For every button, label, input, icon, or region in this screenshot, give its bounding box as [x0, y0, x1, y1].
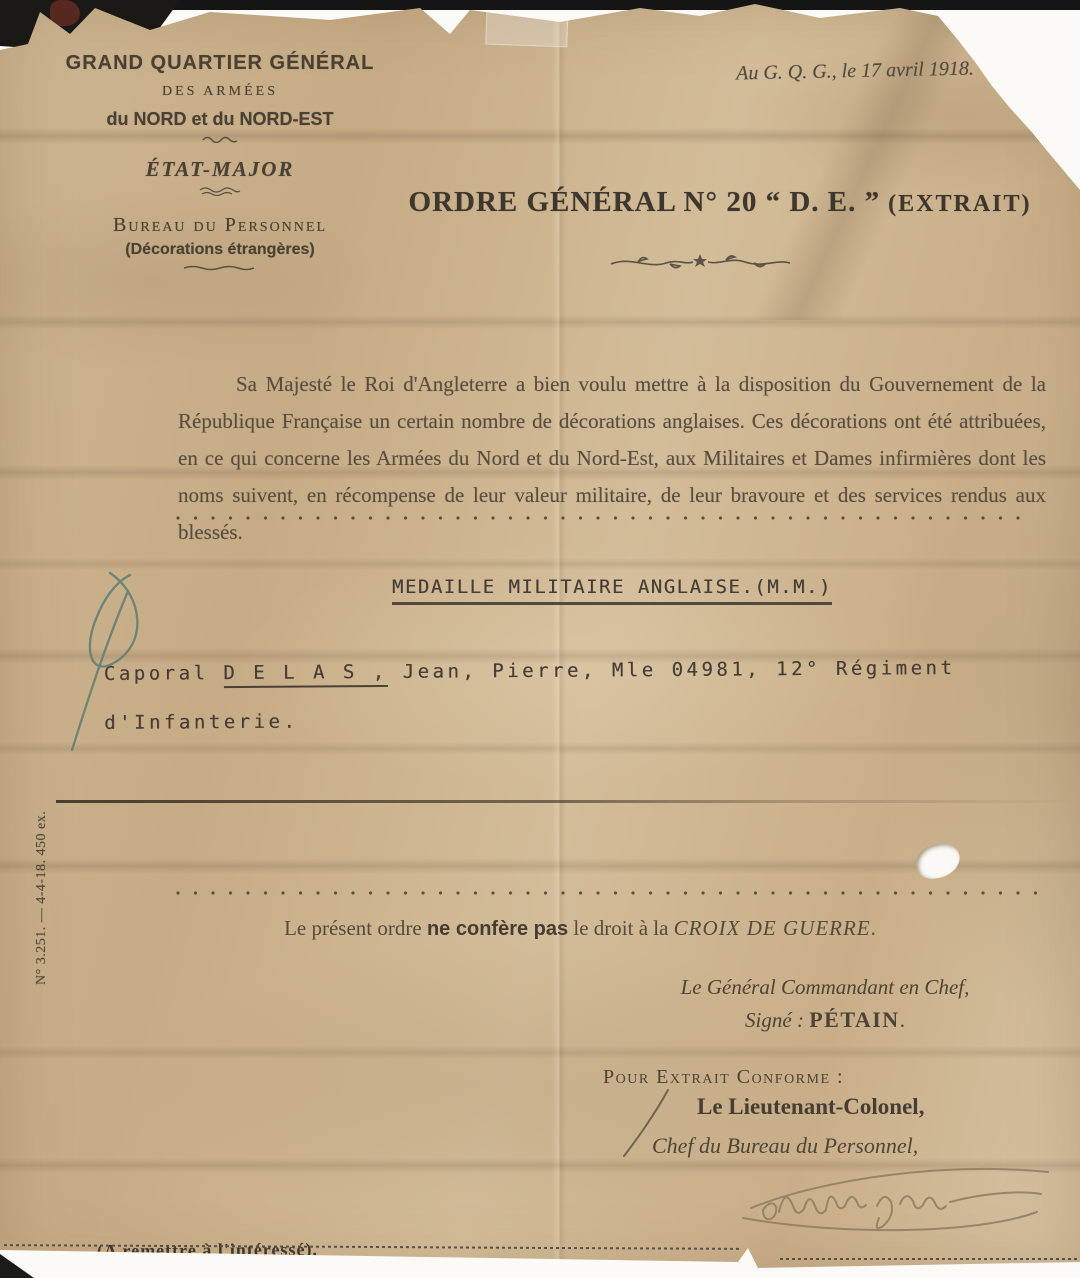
divider-squiggle-icon: [201, 135, 239, 143]
medal-heading: MEDAILLE MILITAIRE ANGLAISE.(M.M.): [392, 576, 832, 605]
signed-end: .: [900, 1008, 905, 1032]
order-note-mid: le droit à la: [568, 916, 674, 940]
vine-ornament-icon: [608, 248, 793, 276]
signatory-signed-line: Signé : PÉTAIN.: [630, 1007, 1020, 1033]
certifier-rank: Le Lieutenant-Colonel,: [697, 1094, 924, 1120]
recipient-name: D E L A S ,: [223, 661, 388, 688]
letterhead-armies: DES ARMÉES: [52, 84, 388, 100]
order-note-pre: Le présent ordre: [284, 916, 427, 940]
order-title-main: ORDRE GÉNÉRAL N° 20 “ D. E. ”: [409, 186, 881, 218]
order-title: ORDRE GÉNÉRAL N° 20 “ D. E. ” (EXTRAIT): [388, 186, 1052, 219]
recipient-details: Jean, Pierre, Mle 04981, 12° Régiment: [388, 657, 956, 683]
order-title-suffix: (EXTRAIT): [880, 191, 1031, 217]
footer-note: (A remettre à l'intéressé).: [97, 1239, 318, 1262]
divider-line-icon: [182, 264, 258, 272]
scanner-gap-bottomleft: [0, 1254, 34, 1278]
order-note-italic: CROIX DE GUERRE: [674, 916, 871, 940]
letterhead-decorations: (Décorations étrangères): [52, 241, 388, 259]
letterhead-bureau: Bureau du Personnel: [52, 214, 388, 237]
order-note: Le présent ordre ne confère pas le droit…: [150, 916, 1010, 941]
letterhead: GRAND QUARTIER GÉNÉRAL DES ARMÉES du NOR…: [52, 52, 388, 272]
handwritten-signature: [735, 1150, 1055, 1245]
divider-squiggle-icon: [198, 187, 242, 196]
signatory-title: Le Général Commandant en Chef,: [630, 975, 1020, 1000]
handwritten-slash: [616, 1086, 674, 1160]
order-note-bold: ne confère pas: [427, 918, 568, 940]
dotted-separator: [176, 889, 1038, 896]
pencil-check-mark: [58, 556, 168, 766]
order-note-end: .: [871, 916, 876, 940]
signed-name: PÉTAIN: [809, 1007, 900, 1032]
letterhead-org: GRAND QUARTIER GÉNÉRAL: [52, 52, 388, 75]
body-paragraph: Sa Majesté le Roi d'Angleterre a bien vo…: [178, 366, 1046, 551]
paper-stain: [50, 0, 80, 26]
recipient-entry: Caporal D E L A S , Jean, Pierre, Mle 04…: [104, 657, 956, 734]
signed-label: Signé :: [745, 1008, 809, 1032]
letterhead-etat-major: ÉTAT-MAJOR: [52, 157, 388, 182]
print-margin-note: N° 3.251. — 4-4-18. 450 ex.: [34, 695, 50, 985]
scanned-document: GRAND QUARTIER GÉNÉRAL DES ARMÉES du NOR…: [0, 0, 1080, 1278]
document-page: GRAND QUARTIER GÉNÉRAL DES ARMÉES du NOR…: [0, 0, 1080, 1278]
fold-crease-line: [56, 800, 1080, 803]
dotted-separator: [176, 514, 1034, 521]
recipient-line1: Caporal D E L A S , Jean, Pierre, Mle 04…: [104, 657, 956, 685]
letterhead-region: du NORD et du NORD-EST: [52, 109, 388, 130]
signatory-block: Le Général Commandant en Chef, Signé : P…: [630, 975, 1020, 1033]
paper-bottom-edge: [780, 1258, 1080, 1260]
